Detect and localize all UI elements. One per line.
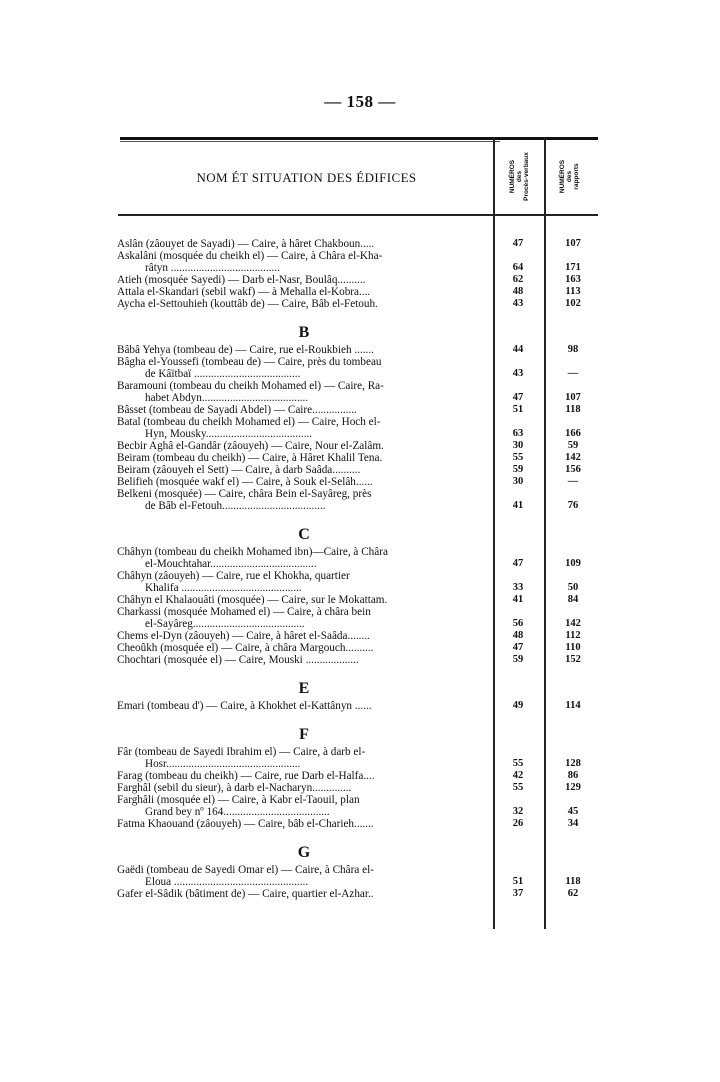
description-line: habet Abdyn.............................… (117, 392, 491, 404)
edifice-description: Baramouni (tombeau du cheikh Mohamed el)… (117, 380, 491, 404)
description-line: Batal (tombeau du cheikh Mohamed el) — C… (117, 416, 491, 428)
section-letter: E (117, 680, 491, 698)
rapport-number: 166 (547, 428, 599, 440)
proces-verbal-number: 41 (495, 500, 541, 512)
proces-verbal-number: 55 (495, 758, 541, 770)
table-row: Farag (tombeau du cheikh) — Caire, rue D… (117, 770, 600, 782)
table-row: Belkeni (mosquée) — Caire, châra Bein el… (117, 488, 600, 512)
rapport-number: 34 (547, 818, 599, 830)
edifice-description: Beiram (zâouyeh el Sett) — Caire, à darb… (117, 464, 491, 476)
description-line: Aycha el-Settouhieh (kouttâb de) — Caire… (117, 298, 491, 310)
description-line: el-Mouchtahar...........................… (117, 558, 491, 570)
table-row: Belifieh (mosquée wakf el) — Caire, à So… (117, 476, 600, 488)
rapport-number: 118 (547, 876, 599, 888)
edifice-description: Atieh (mosquée Sayedi) — Darb el-Nasr, B… (117, 274, 491, 286)
edifice-description: Aycha el-Settouhieh (kouttâb de) — Caire… (117, 298, 491, 310)
table-row: Châhyn (zâouyeh) — Caire, rue el Khokha,… (117, 570, 600, 594)
proces-verbal-number: 47 (495, 558, 541, 570)
description-line: Emari (tombeau d') — Caire, à Khokhet el… (117, 700, 491, 712)
edifice-description: Cheoûkh (mosquée el) — Caire, à châra Ma… (117, 642, 491, 654)
description-line: Farghâli (mosquée el) — Caire, à Kabr el… (117, 794, 491, 806)
section-letter: F (117, 726, 491, 744)
description-line: Hosr....................................… (117, 758, 491, 770)
description-line: Cheoûkh (mosquée el) — Caire, à châra Ma… (117, 642, 491, 654)
table-row: Gaëdi (tombeau de Sayedi Omar el) — Cair… (117, 864, 600, 888)
description-line: Aslân (zâouyet de Sayadi) — Caire, à hâr… (117, 238, 491, 250)
description-line: Châhyn el Khalaouâti (mosquée) — Caire, … (117, 594, 491, 606)
description-line: Fâr (tombeau de Sayedi Ibrahim el) — Cai… (117, 746, 491, 758)
proces-verbal-number: 42 (495, 770, 541, 782)
table-row: Chems el-Dyn (zâouyeh) — Caire, à hâret … (117, 630, 600, 642)
edifice-description: Gafer el-Sâdik (bâtiment de) — Caire, qu… (117, 888, 491, 900)
proces-verbal-number: 49 (495, 700, 541, 712)
rapport-number: 102 (547, 298, 599, 310)
edifice-description: Farag (tombeau du cheikh) — Caire, rue D… (117, 770, 491, 782)
description-line: Eloua ..................................… (117, 876, 491, 888)
table-row: Châhyn (tombeau du cheikh Mohamed ibn)—C… (117, 546, 600, 570)
header-line: des (516, 152, 523, 201)
proces-verbal-number: 63 (495, 428, 541, 440)
rapport-number: 156 (547, 464, 599, 476)
proces-verbal-number: 37 (495, 888, 541, 900)
edifice-description: Farghâli (mosquée el) — Caire, à Kabr el… (117, 794, 491, 818)
header-proces-verbaux: NUMÉROS des Procès-verbaux (496, 145, 542, 207)
table-header-rule (118, 214, 598, 216)
table-header-title: NOM ÉT SITUATION DES ÉDIFICES (120, 170, 493, 186)
proces-verbal-number: 30 (495, 440, 541, 452)
proces-verbal-number: 41 (495, 594, 541, 606)
description-line: Hyn, Mousky.............................… (117, 428, 491, 440)
header-line: NUMÉROS (509, 152, 516, 201)
edifice-description: Farghâl (sebil du sieur), à darb el-Nach… (117, 782, 491, 794)
description-line: Chochtari (mosquée el) — Caire, Mouski .… (117, 654, 491, 666)
proces-verbal-number: 51 (495, 876, 541, 888)
rapport-number: 110 (547, 642, 599, 654)
edifice-description: Attala el-Skandari (sebil wakf) — à Meha… (117, 286, 491, 298)
rapport-number: 107 (547, 238, 599, 250)
description-line: de Kâïtbaï .............................… (117, 368, 491, 380)
section-letter: B (117, 324, 491, 342)
description-line: Beiram (zâouyeh el Sett) — Caire, à darb… (117, 464, 491, 476)
rapport-number: 98 (547, 344, 599, 356)
rapport-number: 128 (547, 758, 599, 770)
edifice-description: Emari (tombeau d') — Caire, à Khokhet el… (117, 700, 491, 712)
table-row: Beiram (tombeau du cheikh) — Caire, à Hâ… (117, 452, 600, 464)
edifice-description: Charkassi (mosquée Mohamed el) — Caire, … (117, 606, 491, 630)
table-row: Fatma Khaouand (zâouyeh) — Caire, bâb el… (117, 818, 600, 830)
description-line: Farag (tombeau du cheikh) — Caire, rue D… (117, 770, 491, 782)
table-row: Chochtari (mosquée el) — Caire, Mouski .… (117, 654, 600, 666)
table-row: Farghâli (mosquée el) — Caire, à Kabr el… (117, 794, 600, 818)
rapport-number: 45 (547, 806, 599, 818)
table-row: Bâgha el-Youssefi (tombeau de) — Caire, … (117, 356, 600, 380)
edifice-description: Becbir Aghâ el-Gandâr (zâouyeh) — Caire,… (117, 440, 491, 452)
proces-verbal-number: 55 (495, 782, 541, 794)
edifice-description: Châhyn el Khalaouâti (mosquée) — Caire, … (117, 594, 491, 606)
description-line: Gafer el-Sâdik (bâtiment de) — Caire, qu… (117, 888, 491, 900)
description-line: Belkeni (mosquée) — Caire, châra Bein el… (117, 488, 491, 500)
description-line: Châhyn (tombeau du cheikh Mohamed ibn)—C… (117, 546, 491, 558)
rapport-number: 59 (547, 440, 599, 452)
rapport-number: 86 (547, 770, 599, 782)
description-line: Charkassi (mosquée Mohamed el) — Caire, … (117, 606, 491, 618)
proces-verbal-number: 26 (495, 818, 541, 830)
edifice-description: Belkeni (mosquée) — Caire, châra Bein el… (117, 488, 491, 512)
table-row: Farghâl (sebil du sieur), à darb el-Nach… (117, 782, 600, 794)
table-row: Emari (tombeau d') — Caire, à Khokhet el… (117, 700, 600, 712)
rapport-number: 152 (547, 654, 599, 666)
description-line: Gaëdi (tombeau de Sayedi Omar el) — Cair… (117, 864, 491, 876)
description-line: de Bâb el-Fetouh........................… (117, 500, 491, 512)
edifice-description: Belifieh (mosquée wakf el) — Caire, à So… (117, 476, 491, 488)
edifice-description: Bâgha el-Youssefi (tombeau de) — Caire, … (117, 356, 491, 380)
rapport-number: 50 (547, 582, 599, 594)
description-line: el-Sayâreg..............................… (117, 618, 491, 630)
header-line: Procès-verbaux (523, 152, 530, 201)
description-line: Baramouni (tombeau du cheikh Mohamed el)… (117, 380, 491, 392)
proces-verbal-number: 44 (495, 344, 541, 356)
table-row: Batal (tombeau du cheikh Mohamed el) — C… (117, 416, 600, 440)
description-line: Châhyn (zâouyeh) — Caire, rue el Khokha,… (117, 570, 491, 582)
rapport-number: 163 (547, 274, 599, 286)
table-row: Attala el-Skandari (sebil wakf) — à Meha… (117, 286, 600, 298)
rapport-number: — (547, 476, 599, 488)
description-line: Bâgha el-Youssefi (tombeau de) — Caire, … (117, 356, 491, 368)
rapport-number: 129 (547, 782, 599, 794)
description-line: Bâbâ Yehya (tombeau de) — Caire, rue el-… (117, 344, 491, 356)
edifice-description: Batal (tombeau du cheikh Mohamed el) — C… (117, 416, 491, 440)
table-row: Becbir Aghâ el-Gandâr (zâouyeh) — Caire,… (117, 440, 600, 452)
table-top-rule (120, 137, 598, 140)
rapport-number: 171 (547, 262, 599, 274)
description-line: Chems el-Dyn (zâouyeh) — Caire, à hâret … (117, 630, 491, 642)
table-body: Aslân (zâouyet de Sayadi) — Caire, à hâr… (117, 238, 600, 900)
proces-verbal-number: 56 (495, 618, 541, 630)
proces-verbal-number: 48 (495, 630, 541, 642)
description-line: Farghâl (sebil du sieur), à darb el-Nach… (117, 782, 491, 794)
rapport-number: 84 (547, 594, 599, 606)
description-line: Bâsset (tombeau de Sayadi Abdel) — Caire… (117, 404, 491, 416)
description-line: Belifieh (mosquée wakf el) — Caire, à So… (117, 476, 491, 488)
proces-verbal-number: 55 (495, 452, 541, 464)
proces-verbal-number: 32 (495, 806, 541, 818)
rapport-number: 107 (547, 392, 599, 404)
proces-verbal-number: 51 (495, 404, 541, 416)
edifice-description: Châhyn (tombeau du cheikh Mohamed ibn)—C… (117, 546, 491, 570)
table-row: Gafer el-Sâdik (bâtiment de) — Caire, qu… (117, 888, 600, 900)
proces-verbal-number: 64 (495, 262, 541, 274)
table-row: Askalâni (mosquée du cheikh el) — Caire,… (117, 250, 600, 274)
edifice-description: Aslân (zâouyet de Sayadi) — Caire, à hâr… (117, 238, 491, 250)
rapport-number: 142 (547, 618, 599, 630)
proces-verbal-number: 48 (495, 286, 541, 298)
rapport-number: 114 (547, 700, 599, 712)
rapport-number: 142 (547, 452, 599, 464)
table-row: Aycha el-Settouhieh (kouttâb de) — Caire… (117, 298, 600, 310)
rapport-number: 76 (547, 500, 599, 512)
header-line: rapports (573, 159, 580, 192)
proces-verbal-number: 30 (495, 476, 541, 488)
proces-verbal-number: 43 (495, 298, 541, 310)
rapport-number: 62 (547, 888, 599, 900)
table-row: Cheoûkh (mosquée el) — Caire, à châra Ma… (117, 642, 600, 654)
proces-verbal-number: 59 (495, 464, 541, 476)
proces-verbal-number: 47 (495, 238, 541, 250)
table-top-rule-thin (120, 141, 500, 142)
edifice-description: Bâbâ Yehya (tombeau de) — Caire, rue el-… (117, 344, 491, 356)
description-line: Becbir Aghâ el-Gandâr (zâouyeh) — Caire,… (117, 440, 491, 452)
rapport-number: 112 (547, 630, 599, 642)
description-line: râtyn ..................................… (117, 262, 491, 274)
edifice-description: Askalâni (mosquée du cheikh el) — Caire,… (117, 250, 491, 274)
proces-verbal-number: 59 (495, 654, 541, 666)
table-row: Bâsset (tombeau de Sayadi Abdel) — Caire… (117, 404, 600, 416)
rapport-number: 113 (547, 286, 599, 298)
description-line: Khalifa ................................… (117, 582, 491, 594)
description-line: Fatma Khaouand (zâouyeh) — Caire, bâb el… (117, 818, 491, 830)
description-line: Askalâni (mosquée du cheikh el) — Caire,… (117, 250, 491, 262)
table-row: Beiram (zâouyeh el Sett) — Caire, à darb… (117, 464, 600, 476)
proces-verbal-number: 33 (495, 582, 541, 594)
header-rapports: NUMÉROS des rapports (547, 145, 593, 207)
proces-verbal-number: 47 (495, 392, 541, 404)
page-number: — 158 — (0, 92, 720, 112)
edifice-description: Beiram (tombeau du cheikh) — Caire, à Hâ… (117, 452, 491, 464)
edifice-description: Chems el-Dyn (zâouyeh) — Caire, à hâret … (117, 630, 491, 642)
edifice-description: Châhyn (zâouyeh) — Caire, rue el Khokha,… (117, 570, 491, 594)
description-line: Attala el-Skandari (sebil wakf) — à Meha… (117, 286, 491, 298)
rapport-number: — (547, 368, 599, 380)
table-row: Baramouni (tombeau du cheikh Mohamed el)… (117, 380, 600, 404)
edifice-description: Fatma Khaouand (zâouyeh) — Caire, bâb el… (117, 818, 491, 830)
table-row: Charkassi (mosquée Mohamed el) — Caire, … (117, 606, 600, 630)
table-row: Fâr (tombeau de Sayedi Ibrahim el) — Cai… (117, 746, 600, 770)
edifice-description: Gaëdi (tombeau de Sayedi Omar el) — Cair… (117, 864, 491, 888)
description-line: Grand bey nº 164........................… (117, 806, 491, 818)
proces-verbal-number: 43 (495, 368, 541, 380)
description-line: Beiram (tombeau du cheikh) — Caire, à Hâ… (117, 452, 491, 464)
edifice-description: Bâsset (tombeau de Sayadi Abdel) — Caire… (117, 404, 491, 416)
edifice-description: Fâr (tombeau de Sayedi Ibrahim el) — Cai… (117, 746, 491, 770)
rapport-number: 118 (547, 404, 599, 416)
table-row: Atieh (mosquée Sayedi) — Darb el-Nasr, B… (117, 274, 600, 286)
section-letter: G (117, 844, 491, 862)
table-row: Châhyn el Khalaouâti (mosquée) — Caire, … (117, 594, 600, 606)
proces-verbal-number: 62 (495, 274, 541, 286)
table-row: Aslân (zâouyet de Sayadi) — Caire, à hâr… (117, 238, 600, 250)
proces-verbal-number: 47 (495, 642, 541, 654)
table-row: Bâbâ Yehya (tombeau de) — Caire, rue el-… (117, 344, 600, 356)
description-line: Atieh (mosquée Sayedi) — Darb el-Nasr, B… (117, 274, 491, 286)
edifice-description: Chochtari (mosquée el) — Caire, Mouski .… (117, 654, 491, 666)
section-letter: C (117, 526, 491, 544)
rapport-number: 109 (547, 558, 599, 570)
